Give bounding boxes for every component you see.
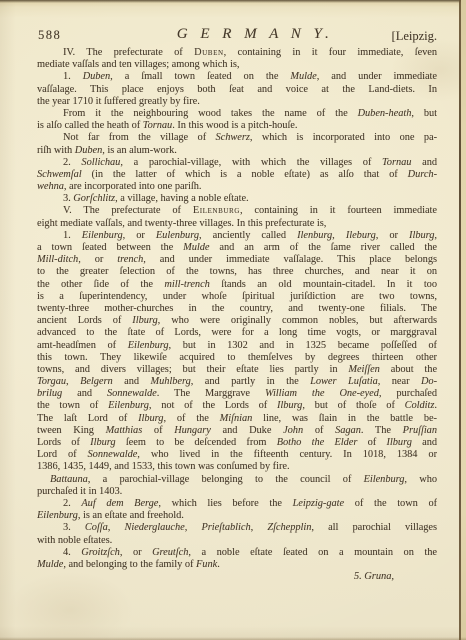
body-text: Not far from the village of xyxy=(63,132,216,143)
body-text: 1386, 1435, 1449, and 1533, this town wa… xyxy=(37,461,290,472)
italic-text: Eulenburg xyxy=(156,230,199,241)
text-line: 1. Duben, a ſmall town ſeated on the Mul… xyxy=(37,71,437,83)
body-text: , is an eſtate and freehold. xyxy=(78,510,184,521)
italic-text: Durch- xyxy=(408,169,437,180)
italic-text: brilug xyxy=(37,388,62,399)
body-text: of xyxy=(303,425,335,436)
italic-text: Eilenburg xyxy=(108,400,149,411)
body-text: . xyxy=(434,400,437,411)
italic-text: Greutſch xyxy=(152,547,188,558)
text-line: riſh with Duben, is an alum-work. xyxy=(37,145,437,157)
italic-text: trench xyxy=(117,254,143,265)
italic-text: Torgau xyxy=(37,376,66,387)
body-text: , or xyxy=(376,230,409,241)
text-line: mediate vaſſals and ten villages; among … xyxy=(37,59,437,71)
text-line: 4. Groitzſch, or Greutſch, a noble eſtat… xyxy=(37,547,437,559)
body-text: , is an alum-work. xyxy=(102,145,177,156)
text-line: Not far from the village of Schwerz, whi… xyxy=(37,132,437,144)
italic-text: Ilburg xyxy=(386,437,411,448)
text-line: twenty-three mother-churches in the coun… xyxy=(37,303,437,315)
italic-text: Mulde xyxy=(37,559,63,570)
italic-text: Tornau xyxy=(382,157,411,168)
body-text: amt-headſmen of xyxy=(37,340,128,351)
text-line: Battauna, a parochial-village belonging … xyxy=(37,474,437,486)
body-text: , who xyxy=(404,474,437,485)
body-text: vaſſalage. This place enjoys both ſeat a… xyxy=(37,84,437,95)
italic-text: Sonnewalde xyxy=(88,449,138,460)
text-line: Eilenburg, is an eſtate and freehold. xyxy=(37,510,437,522)
body-text: , a ſmall town ſeated on the xyxy=(110,71,290,82)
body-text: , or xyxy=(120,547,152,558)
body-text: , a noble eſtate ſeated on a mountain on… xyxy=(188,547,437,558)
body-text: advanced to the ſtate of Lords, were for… xyxy=(37,327,437,338)
text-line: Mill-ditch, or trench, and under immedia… xyxy=(37,254,437,266)
italic-text: Eilenburg xyxy=(364,474,405,485)
body-text: about the xyxy=(380,364,437,375)
body-text: and xyxy=(412,437,437,448)
italic-text: Colditz xyxy=(405,400,435,411)
body-text: of xyxy=(357,437,386,448)
body-text: the town of xyxy=(37,400,108,411)
italic-text: Botho the Elder xyxy=(277,437,358,448)
body-text: , xyxy=(185,522,202,533)
body-text: with noble eſtates. xyxy=(37,535,112,546)
italic-text: Duben xyxy=(83,71,110,82)
text-line: 1. Eilenburg, or Eulenburg, anciently ca… xyxy=(37,230,437,242)
italic-text: Ilenburg xyxy=(297,230,332,241)
body-text: , and partly in the xyxy=(191,376,310,387)
text-line: vaſſalage. This place enjoys both ſeat a… xyxy=(37,84,437,96)
text-line: The laſt Lord of Ilburg, of the Miſnian … xyxy=(37,413,437,425)
body-text: 1. xyxy=(63,71,83,82)
text-line: eight mediate vaſſals, and twenty-three … xyxy=(37,218,437,230)
body-text: , a parochial-village, with which the vi… xyxy=(120,157,382,168)
italic-text: William the One-eyed xyxy=(265,388,379,399)
body-text: is alſo called the heath of xyxy=(37,120,143,131)
text-line: this town. They likewiſe acquired to the… xyxy=(37,352,437,364)
body-text: , are incorporated into one pariſh. xyxy=(64,181,202,192)
italic-text: Coſſa xyxy=(85,522,108,533)
body-text: , but xyxy=(411,108,437,119)
text-line: towns, and divers villages; but their eſ… xyxy=(37,364,437,376)
body-text: The laſt Lord of xyxy=(37,413,138,424)
body-text: , xyxy=(434,230,437,241)
body-text: a town ſeated between the xyxy=(37,242,183,253)
body-text: , xyxy=(332,230,346,241)
italic-text: Mill-ditch xyxy=(37,254,78,265)
italic-text: Mulde xyxy=(183,242,209,253)
body-text: to the greater ſelection of the towns, h… xyxy=(37,266,437,277)
scanned-book-page: { "colors": { "paper": "#efe7c9", "ink":… xyxy=(0,0,466,640)
text-line: Mulde, and belonging to the family of Fu… xyxy=(37,559,437,571)
body-text: , who lived in the fifteenth century. In… xyxy=(137,449,437,460)
body-text: of xyxy=(142,425,174,436)
body-text: the other ſide of the xyxy=(37,279,164,290)
italic-text: Duben-heath xyxy=(358,108,412,119)
body-text: , and under immediate xyxy=(317,71,437,82)
text-line: V. The prefecturate of Eilenburg, contai… xyxy=(37,205,437,217)
italic-text: Mulde xyxy=(290,71,316,82)
italic-text: Ilburg xyxy=(90,437,115,448)
body-text: , containing in it four immediate, ſeven xyxy=(224,47,437,58)
italic-text: Sonnewalde xyxy=(107,388,157,399)
italic-text: Leipzig-gate xyxy=(293,498,344,509)
text-line: 3. Coſſa, Niederglauche, Prieſtablich, Z… xyxy=(37,522,437,534)
text-line: 3. Gorſchlitz, a village, having a noble… xyxy=(37,193,437,205)
text-line: tween King Matthias of Hungary and Duke … xyxy=(37,425,437,437)
italic-text: Groitzſch xyxy=(81,547,120,558)
italic-text: Belgern xyxy=(80,376,113,387)
body-text: riſh with xyxy=(37,145,75,156)
text-line: Schwemſal (in the latter of which is a n… xyxy=(37,169,437,181)
body-text: , purchaſed xyxy=(379,388,437,399)
italic-text: Eilenburg xyxy=(82,230,123,241)
italic-text: Schwerz xyxy=(216,132,250,143)
italic-text: Sollichau xyxy=(81,157,120,168)
text-line: to the greater ſelection of the towns, h… xyxy=(37,266,437,278)
body-text: . The xyxy=(361,425,403,436)
italic-text: Ileburg xyxy=(346,230,376,241)
body-text: eight mediate vaſſals, and twenty-three … xyxy=(37,218,326,229)
italic-text: Meiſſen xyxy=(348,364,379,375)
italic-text: Schwemſal xyxy=(37,169,82,180)
body-text: and xyxy=(411,157,437,168)
body-text: V. The prefecturate of xyxy=(63,205,193,216)
italic-text: Do- xyxy=(421,376,437,387)
body-text: . xyxy=(217,559,220,570)
body-text: and Duke xyxy=(211,425,283,436)
page-edge-right-line xyxy=(459,0,461,640)
italic-text: Ilburg xyxy=(277,400,302,411)
body-text: , xyxy=(66,376,80,387)
body-text: ancient Lords of xyxy=(37,315,132,326)
text-line: with noble eſtates. xyxy=(37,535,437,547)
body-text: , not of the Lords of xyxy=(149,400,277,411)
body-text: , but of thoſe of xyxy=(302,400,404,411)
body-text: Lord of xyxy=(37,449,88,460)
body-text: ſtands an old mountain-citadel. In it to… xyxy=(210,279,437,290)
italic-text: Auf dem Berge xyxy=(81,498,158,509)
text-line: 2. Auf dem Berge, which lies before the … xyxy=(37,498,437,510)
italic-text: Duben xyxy=(75,145,102,156)
body-text: , and under immediate vaſſalage. This pl… xyxy=(143,254,437,265)
body-text: IV. The prefecturate of xyxy=(63,47,194,58)
body-text: this town. They likewiſe acquired to the… xyxy=(37,352,437,363)
body-text: , xyxy=(108,522,125,533)
text-line: is alſo called the heath of Tornau. In t… xyxy=(37,120,437,132)
body-text: , containing in it fourteen immediate xyxy=(240,205,437,216)
body-text: From it the neighbouring wood takes the … xyxy=(63,108,358,119)
italic-text: Eilenburg xyxy=(37,510,78,521)
text-line: is a ſuperintendency, under whoſe ſpirit… xyxy=(37,291,437,303)
body-text: , all parochial villages xyxy=(311,522,437,533)
body-text: (in the latter of which is a noble eſtat… xyxy=(82,169,408,180)
text-line: the year 1710 it ſuffered greatly by fir… xyxy=(37,96,437,108)
body-text: mediate vaſſals and ten villages; among … xyxy=(37,59,239,70)
text-line: the other ſide of the mill-trench ſtands… xyxy=(37,279,437,291)
body-text: , but in 1302 and in 1325 became poſſeſſ… xyxy=(169,340,437,351)
text-line: 1386, 1435, 1449, and 1533, this town wa… xyxy=(37,461,437,473)
text-line: amt-headſmen of Eilenburg, but in 1302 a… xyxy=(37,340,437,352)
smallcaps-text: Eilenburg xyxy=(193,205,240,216)
text-line: brilug and Sonnewalde. The Marggrave Wil… xyxy=(37,388,437,400)
text-line: a town ſeated between the Mulde and an a… xyxy=(37,242,437,254)
body-text: twenty-three mother-churches in the coun… xyxy=(37,303,437,314)
text-line: Torgau, Belgern and Muhlberg, and partly… xyxy=(37,376,437,388)
body-text: towns, and divers villages; but their eſ… xyxy=(37,364,348,375)
page-edge-right xyxy=(461,0,466,640)
body-text: and xyxy=(113,376,151,387)
text-line: 2. Sollichau, a parochial-village, with … xyxy=(37,157,437,169)
body-text: . In this wood is a pitch-houſe. xyxy=(172,120,297,131)
body-text: and an arm of the ſame river called the xyxy=(209,242,437,253)
body-text: , which lies before the xyxy=(158,498,292,509)
body-text: the year 1710 it ſuffered greatly by fir… xyxy=(37,96,200,107)
text-line: purchaſed it in 1403. xyxy=(37,486,437,498)
running-title-section: [Leipzig. xyxy=(392,29,437,44)
text-line: wehna, are incorporated into one pariſh. xyxy=(37,181,437,193)
italic-text: Ilburg xyxy=(132,315,157,326)
italic-text: Zſchepplin xyxy=(267,522,311,533)
catchword: 5. Gruna, xyxy=(354,571,394,582)
text-line: ancient Lords of Ilburg, who were origin… xyxy=(37,315,437,327)
body-text: line, was ſlain in the battle be- xyxy=(252,413,437,424)
body-text: 1. xyxy=(63,230,82,241)
body-text: is a ſuperintendency, under whoſe ſpirit… xyxy=(37,291,437,302)
body-text: , a parochial-village belonging to the c… xyxy=(88,474,364,485)
body-text: , xyxy=(251,522,268,533)
body-text: 3. xyxy=(63,522,85,533)
body-text: , which is incorporated into one pa- xyxy=(250,132,437,143)
italic-text: Gorſchlitz xyxy=(73,193,115,204)
italic-text: Niederglauche xyxy=(124,522,184,533)
text-block: IV. The prefecturate of Duben, containin… xyxy=(37,47,437,571)
body-text: , a village, having a noble eſtate. xyxy=(115,193,249,204)
italic-text: mill-trench xyxy=(164,279,209,290)
italic-text: Battauna xyxy=(50,474,88,485)
body-text: , who were originally common nobles, but… xyxy=(158,315,437,326)
italic-text: wehna xyxy=(37,181,64,192)
body-text: Lords of xyxy=(37,437,90,448)
text-line: From it the neighbouring wood takes the … xyxy=(37,108,437,120)
body-text: . The Marggrave xyxy=(157,388,265,399)
italic-text: Hungary xyxy=(174,425,211,436)
body-text: 4. xyxy=(63,547,81,558)
body-text: ſeem to be deſcended from xyxy=(116,437,277,448)
italic-text: Pruſſian xyxy=(403,425,437,436)
body-text: , or xyxy=(78,254,117,265)
italic-text: Eilenburg xyxy=(128,340,169,351)
page-edge-top xyxy=(0,0,466,3)
body-text: tween King xyxy=(37,425,106,436)
body-text: 2. xyxy=(63,157,81,168)
body-text: , or xyxy=(123,230,156,241)
text-line: Lord of Sonnewalde, who lived in the fif… xyxy=(37,449,437,461)
body-text: 3. xyxy=(63,193,73,204)
italic-text: Lower Luſatia xyxy=(310,376,378,387)
italic-text: Funk xyxy=(196,559,217,570)
body-text: , of the xyxy=(163,413,219,424)
text-line: IV. The prefecturate of Duben, containin… xyxy=(37,47,437,59)
italic-text: Muhlberg xyxy=(151,376,191,387)
body-text: and xyxy=(62,388,107,399)
italic-text: Matthias xyxy=(106,425,143,436)
body-text: , anciently called xyxy=(199,230,297,241)
smallcaps-text: Duben xyxy=(194,47,224,58)
text-line: the town of Eilenburg, not of the Lords … xyxy=(37,400,437,412)
italic-text: Ilburg xyxy=(138,413,163,424)
body-text: , and belonging to the family of xyxy=(63,559,196,570)
italic-text: Ilburg xyxy=(409,230,434,241)
text-line: Lords of Ilburg ſeem to be deſcended fro… xyxy=(37,437,437,449)
body-text: , near xyxy=(378,376,421,387)
text-line: advanced to the ſtate of Lords, were for… xyxy=(37,327,437,339)
italic-text: Miſnian xyxy=(220,413,253,424)
italic-text: John xyxy=(283,425,303,436)
italic-text: Tornau xyxy=(143,120,172,131)
italic-text: Prieſtablich xyxy=(201,522,250,533)
body-text: 2. xyxy=(63,498,81,509)
italic-text: Sagan xyxy=(335,425,361,436)
body-text: purchaſed it in 1403. xyxy=(37,486,122,497)
body-text: of the town of xyxy=(344,498,437,509)
